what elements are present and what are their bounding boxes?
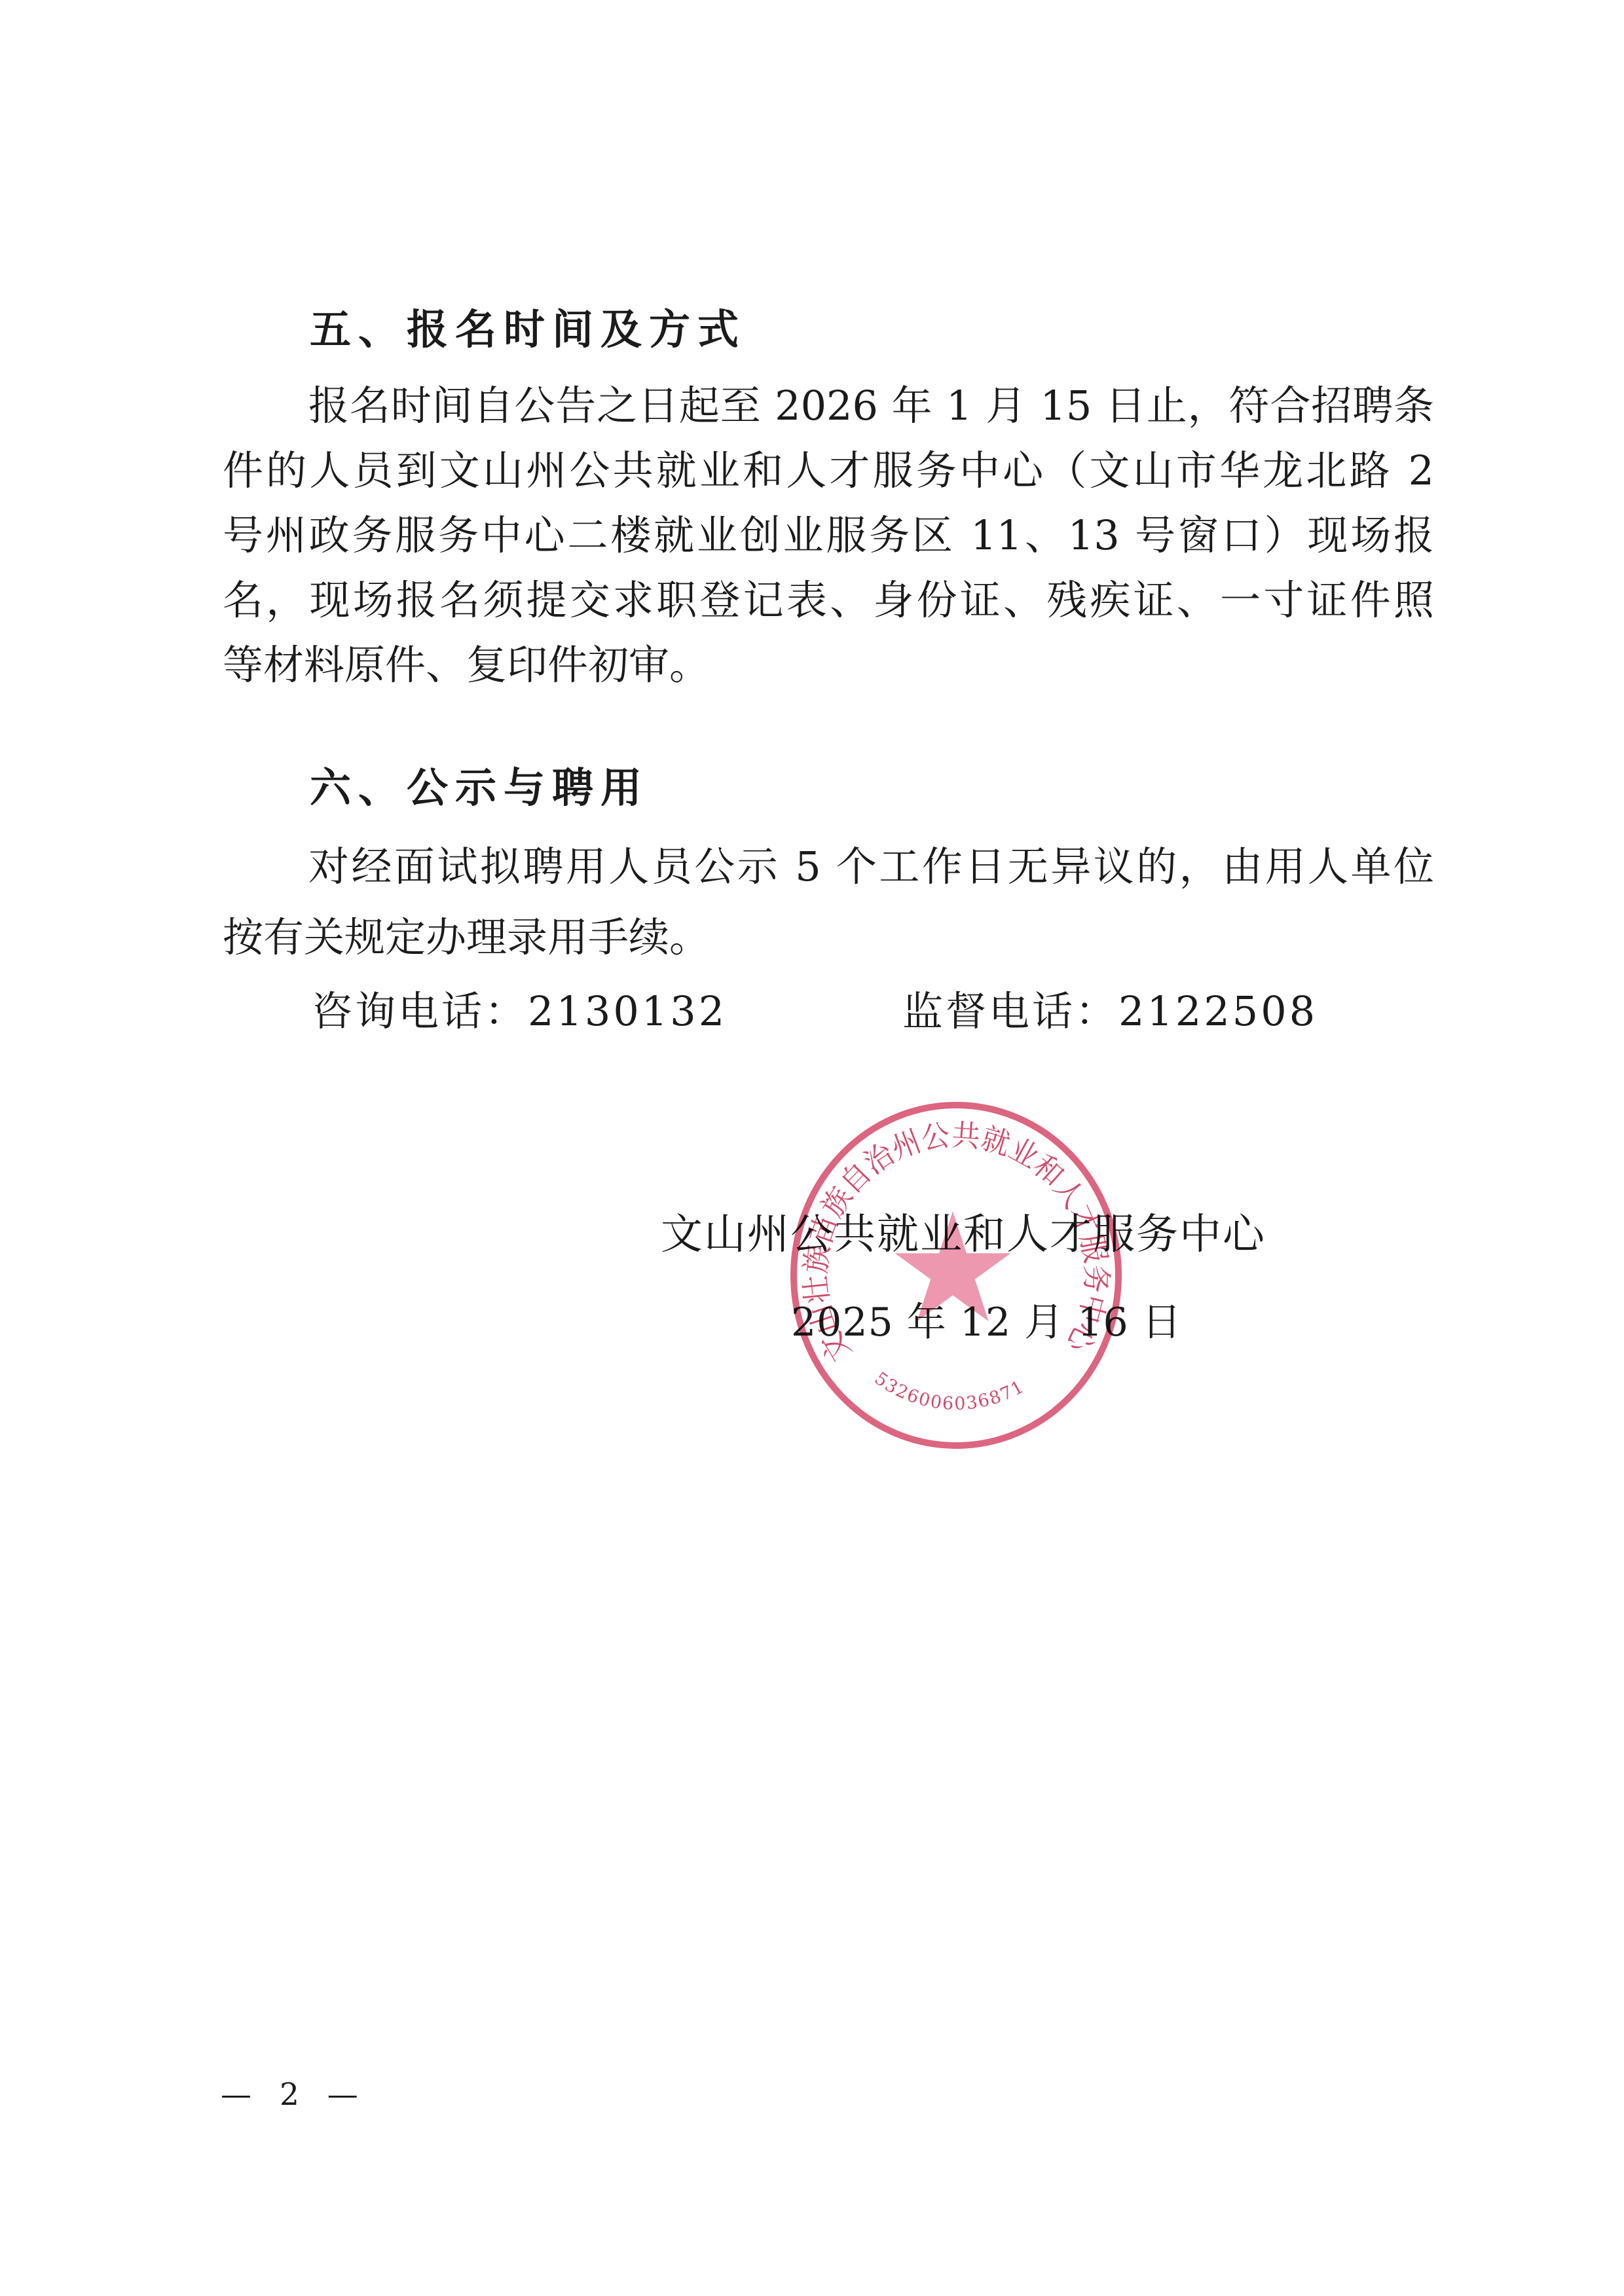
paragraph-line: 件的人员到文山州公共就业和人才服务中心（文山市华龙北路 2: [223, 438, 1434, 503]
paragraph-line: 号州政务服务中心二楼就业创业服务区 11、13 号窗口）现场报: [223, 503, 1434, 568]
supervise-phone: 监督电话：2122508: [902, 991, 1318, 1032]
paragraph-line: 按有关规定办理录用手续。: [223, 905, 1434, 970]
consult-phone: 咨询电话：2130132: [312, 991, 727, 1032]
signature-org: 文山州公共就业和人才服务中心: [661, 1214, 1266, 1256]
supervise-phone-label: 监督电话：: [902, 987, 1118, 1035]
signature-date: 2025 年 12 月 16 日: [791, 1303, 1182, 1342]
seal-code: 5326006036871: [871, 1368, 1029, 1414]
footer-page-number: — 2 —: [221, 2079, 367, 2110]
seal-outer-circle: [794, 1105, 1118, 1446]
paragraph-line: 报名时间自公告之日起至 2026 年 1 月 15 日止，符合招聘条: [223, 373, 1434, 438]
consult-phone-label: 咨询电话：: [312, 987, 528, 1035]
paragraph-line: 对经面试拟聘用人员公示 5 个工作日无异议的，由用人单位: [223, 834, 1434, 899]
section5-heading: 五、报名时间及方式: [310, 309, 746, 350]
consult-phone-number: 2130132: [528, 987, 727, 1035]
supervise-phone-number: 2122508: [1118, 987, 1318, 1035]
document-page: 五、报名时间及方式 报名时间自公告之日起至 2026 年 1 月 15 日止，符…: [0, 0, 1624, 2296]
section6-heading: 六、公示与聘用: [310, 767, 649, 809]
paragraph-line: 名，现场报名须提交求职登记表、身份证、残疾证、一寸证件照: [223, 568, 1434, 632]
paragraph-line: 等材料原件、复印件初审。: [223, 632, 1434, 697]
official-seal: 文山壮族苗族自治州公共就业和人才服务中心 5326006036871: [753, 1066, 1172, 1498]
